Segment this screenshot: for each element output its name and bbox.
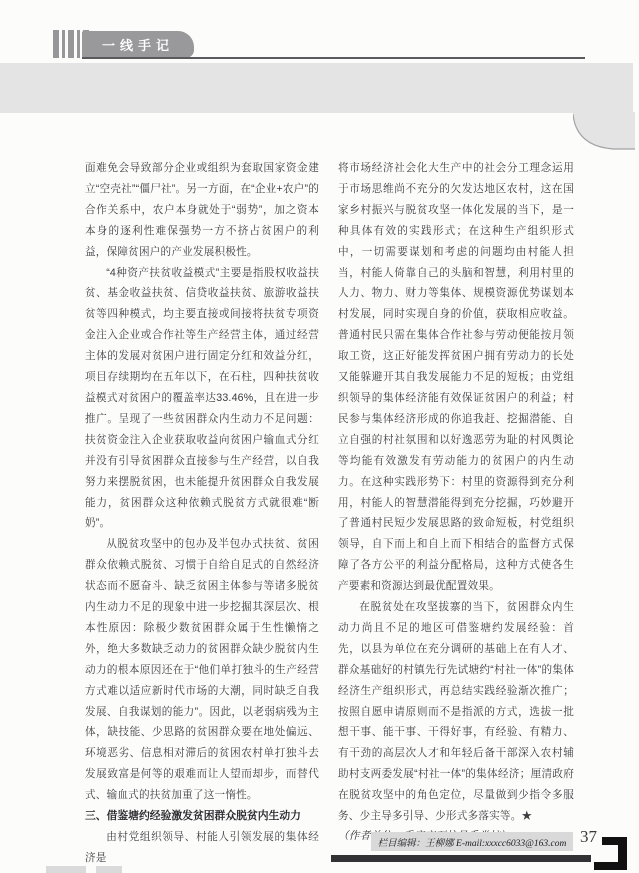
header-rule [82,57,585,59]
section-tag: 一线手记 [82,31,194,58]
footer-rule [331,855,591,862]
section-tag-label: 一线手记 [102,35,174,54]
paragraph: 由村党组织领导、村能人引领发展的集体经济是 [85,827,319,869]
article-left-column: 面难免会导致部分企业或组织为套取国家资金建立“空壳社”“僵尸社”。另一方面，在“… [85,158,319,869]
paragraph: 从脱贫攻坚中的包办及半包办式扶贫、贫困群众依赖式脱贫、习惯于自给自足式的自然经济… [85,534,319,806]
paragraph: 在脱贫处在攻坚拔寨的当下，贫困群众内生动力尚且不足的地区可借鉴塘约发展经验：首先… [338,597,574,827]
header-gray-band [0,63,633,113]
gray-band-flare [573,112,635,150]
bottom-crop-marks [46,866,122,873]
corner-ornament-icon [594,835,630,871]
footer-editor-text: 栏目编辑：王柳娜 E-mail:xxxcc6033@163.com [378,835,567,849]
paragraph: 将市场经济社会化大生产中的社会分工理念运用于市场思维尚不充分的欠发达地区农村，这… [338,158,574,597]
footer-editor-box: 栏目编辑：王柳娜 E-mail:xxxcc6033@163.com [371,832,573,851]
paragraph: “4种资产扶贫收益模式”主要是指股权收益扶贫、基金收益扶贫、信贷收益扶贫、旅游收… [85,263,319,535]
paragraph: 面难免会导致部分企业或组织为套取国家资金建立“空壳社”“僵尸社”。另一方面，在“… [85,158,319,263]
section-heading: 三、借鉴塘约经验激发贫困群众脱贫内生动力 [85,806,319,827]
magazine-page: 一线手记 面难免会导致部分企业或组织为套取国家资金建立“空壳社”“僵尸社”。另一… [0,0,639,873]
article-right-column: 将市场经济社会化大生产中的社会分工理念运用于市场思维尚不充分的欠发达地区农村，这… [338,158,574,848]
